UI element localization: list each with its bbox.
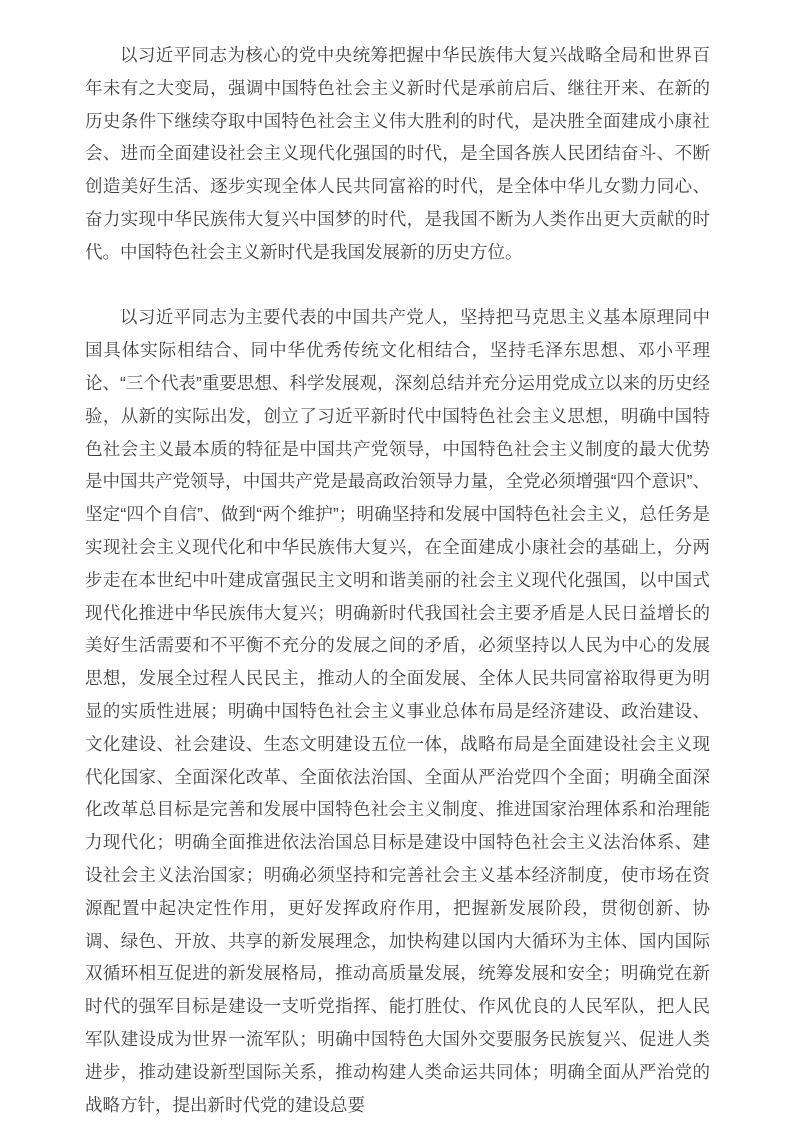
- paragraph-xi-thought-content: 以习近平同志为主要代表的中国共产党人，坚持把马克思主义基本原理同中国具体实际相结…: [85, 301, 710, 1121]
- document-page: 以习近平同志为核心的党中央统筹把握中华民族伟大复兴战略全局和世界百年未有之大变局…: [0, 0, 793, 1122]
- paragraph-new-era-positioning: 以习近平同志为核心的党中央统筹把握中华民族伟大复兴战略全局和世界百年未有之大变局…: [85, 39, 710, 269]
